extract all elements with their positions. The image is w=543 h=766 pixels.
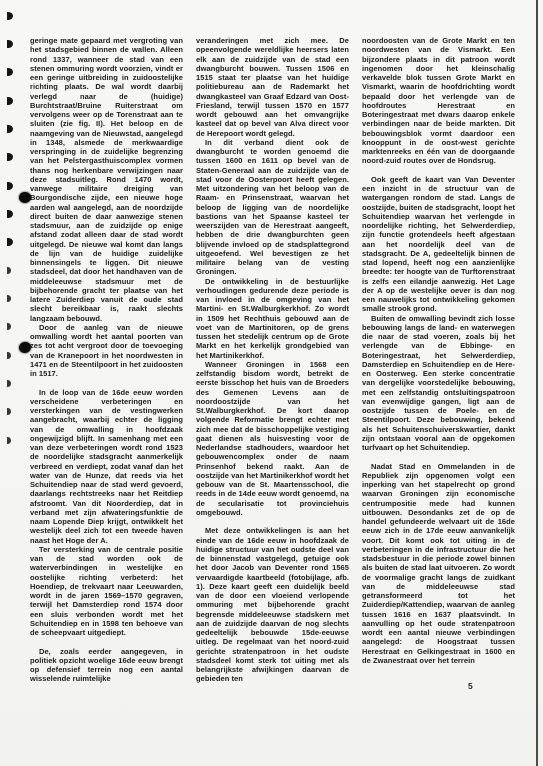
binding-mark-icon (7, 295, 11, 302)
text-column-1: geringe mate gepaard met vergroting van … (30, 36, 183, 684)
scanned-document-page: geringe mate gepaard met vergroting van … (0, 0, 543, 766)
paragraph: Ter versterking van de centrale positie … (30, 545, 183, 638)
binding-mark-icon (7, 125, 13, 133)
paragraph: In de loop van de 16de eeuw worden versc… (30, 388, 183, 545)
paragraph: noordoosten van de Grote Markt en ten no… (362, 36, 515, 166)
binding-mark-icon (7, 153, 13, 161)
paragraph: geringe mate gepaard met vergroting van … (30, 36, 183, 323)
binding-mark-icon (7, 408, 11, 415)
paragraph: De, zoals eerder aangegeven, in politiek… (30, 647, 183, 684)
binding-mark-icon (7, 380, 11, 387)
paragraph: Met deze ontwikkelingen is aan het einde… (196, 526, 349, 683)
binding-mark-icon (7, 267, 11, 274)
text-column-3: noordoosten van de Grote Markt en ten no… (362, 36, 515, 684)
paragraph: Wanneer Groningen in 1568 een zelfstandi… (196, 360, 349, 517)
binding-mark-icon (7, 210, 13, 218)
binding-mark-icon (7, 437, 11, 444)
binding-mark-icon (7, 68, 13, 76)
text-columns: geringe mate gepaard met vergroting van … (30, 36, 515, 684)
binding-mark-icon (7, 12, 13, 20)
paragraph: In dit verband dient ook de dwangburcht … (196, 138, 349, 277)
paragraph: Buiten de omwalling bevindt zich losse b… (362, 314, 515, 453)
scan-edge-line (536, 0, 538, 766)
paragraph: De ontwikkeling in de bestuurlijke verho… (196, 277, 349, 360)
paragraph: Door de aanleg van de nieuwe omwalling w… (30, 323, 183, 379)
binding-mark-icon (7, 238, 13, 246)
page-number: 5 (468, 681, 473, 691)
binding-mark-icon (7, 97, 13, 105)
binding-mark-icon (7, 352, 11, 359)
text-column-2: veranderingen met zich mee. De opeenvolg… (196, 36, 349, 684)
paragraph: veranderingen met zich mee. De opeenvolg… (196, 36, 349, 138)
binding-mark-icon (7, 323, 11, 330)
paragraph: Ook geeft de kaart van Van Deventer een … (362, 175, 515, 314)
binding-mark-icon (7, 182, 13, 190)
binding-mark-icon (7, 40, 13, 48)
paragraph: Nadat Stad en Ommelanden in de Republiek… (362, 462, 515, 666)
